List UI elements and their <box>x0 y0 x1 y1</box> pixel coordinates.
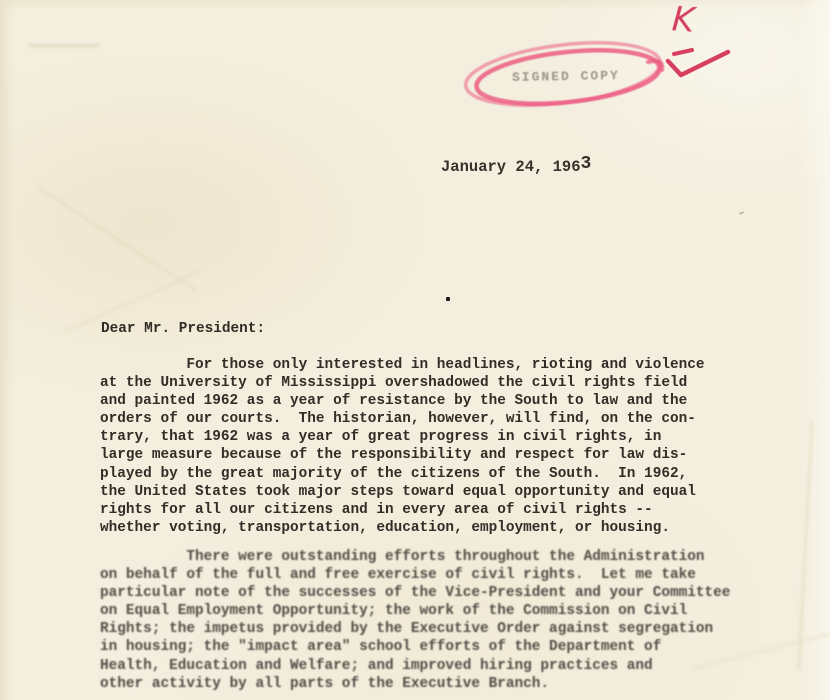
letter-line: There were outstanding efforts throughou… <box>100 548 780 566</box>
letter-line: rights for all our citizens and in every… <box>100 501 780 519</box>
letter-line: and painted 1962 as a year of resistance… <box>100 392 780 410</box>
letter-line: orders of our courts. The historian, how… <box>100 410 780 428</box>
letter-line: For those only interested in headlines, … <box>100 356 780 374</box>
letter-line: whether voting, transportation, educatio… <box>100 519 780 537</box>
paragraph-2: There were outstanding efforts throughou… <box>100 548 780 693</box>
letter-date-prefix: January 24, 196 <box>441 158 581 176</box>
letter-line: large measure because of the responsibil… <box>100 446 780 464</box>
salutation: Dear Mr. President: <box>101 321 265 337</box>
letter-date-digit: 3 <box>581 154 592 174</box>
scanned-letter-page: K SIGNED COPY January 24, 1963 Dear Mr. … <box>0 0 830 700</box>
letter-line: on Equal Employment Opportunity; the wor… <box>100 602 780 620</box>
letter-line: in housing; the "impact area" school eff… <box>100 638 780 656</box>
letter-line: played by the great majority of the citi… <box>100 465 780 483</box>
paper-crease <box>28 44 100 47</box>
paper-crease <box>797 420 813 670</box>
letter-date: January 24, 1963 <box>441 157 591 177</box>
letter-line: Rights; the impetus provided by the Exec… <box>100 620 780 638</box>
letter-line: on behalf of the full and free exercise … <box>100 566 780 584</box>
letter-line: other activity by all parts of the Execu… <box>100 675 780 693</box>
letter-line: at the University of Mississippi oversha… <box>100 374 780 392</box>
paragraph-1: For those only interested in headlines, … <box>100 356 780 537</box>
signed-copy-stamp: SIGNED COPY <box>512 68 620 85</box>
letter-line: trary, that 1962 was a year of great pro… <box>100 428 780 446</box>
letter-line: the United States took major steps towar… <box>100 483 780 501</box>
paper-speck <box>739 211 744 215</box>
paper-crease <box>37 186 197 291</box>
letter-line: particular note of the successes of the … <box>100 584 780 602</box>
ink-dot <box>446 297 450 301</box>
letter-line: Health, Education and Welfare; and impro… <box>100 657 780 675</box>
